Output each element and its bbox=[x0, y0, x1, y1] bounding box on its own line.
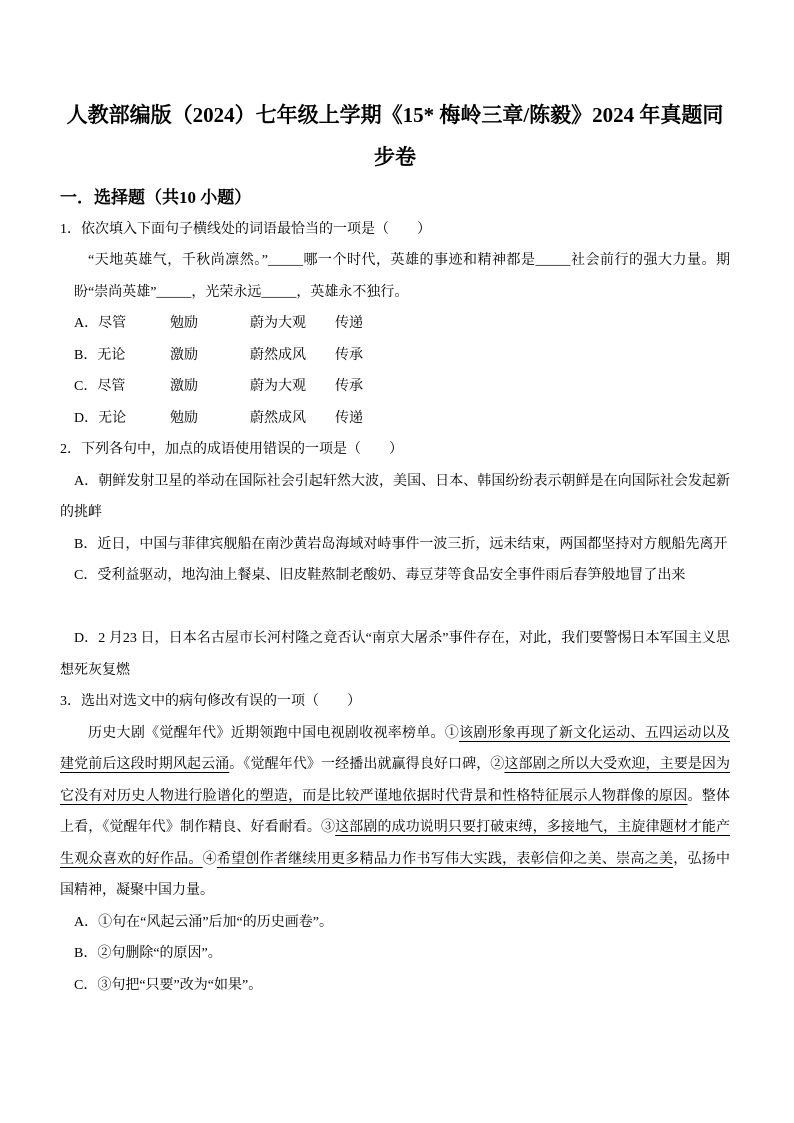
question-stem: 2．下列各句中，加点的成语使用错误的一项是（ ） bbox=[60, 434, 730, 466]
choice-cell: B．无论 bbox=[74, 340, 170, 372]
choice-cell: 蔚然成风 bbox=[250, 403, 335, 435]
option-paragraph: A．①句在“风起云涌”后加“的历史画卷”。 bbox=[60, 907, 730, 939]
choice-cell: 勉励 bbox=[170, 308, 250, 340]
option-paragraph: C．受利益驱动，地沟油上餐桌、旧皮鞋熬制老酸奶、毒豆芽等食品安全事件雨后春笋般地… bbox=[60, 560, 730, 592]
choice-cell: 蔚为大观 bbox=[250, 371, 335, 403]
option-paragraph: B．②句删除“的原因”。 bbox=[60, 938, 730, 970]
choice-cell: D．无论 bbox=[74, 403, 170, 435]
section-heading: 一．选择题（共10 小题） bbox=[60, 182, 730, 214]
choice-cell: 传递 bbox=[335, 308, 363, 340]
choice-cell: 传承 bbox=[335, 340, 363, 372]
choice-row: D．无论勉励蔚然成风传递 bbox=[60, 403, 730, 435]
option-paragraph: D．2 月23 日，日本名古屋市长河村隆之竟否认“南京大屠杀”事件存在，对此，我… bbox=[60, 623, 730, 686]
text-run: ④ bbox=[203, 852, 217, 867]
question-blocks: 1．依次填入下面句子横线处的词语最恰当的一项是（ ）“天地英雄气，千秋尚凛然。”… bbox=[60, 214, 730, 1002]
question-stem: 3．选出对选文中的病句修改有误的一项（ ） bbox=[60, 686, 730, 718]
choice-cell: 勉励 bbox=[170, 403, 250, 435]
choice-cell: 激励 bbox=[170, 371, 250, 403]
underlined-run: 希望创作者继续用更多精品力作书写伟大实践，表彰信仰之美、崇高之美 bbox=[217, 852, 673, 867]
question-body: “天地英雄气，千秋尚凛然。”_____哪一个时代，英雄的事迹和精神都是_____… bbox=[74, 245, 730, 308]
choice-cell: C．尽管 bbox=[74, 371, 170, 403]
choice-cell: 蔚然成风 bbox=[250, 340, 335, 372]
choice-cell: A．尽管 bbox=[74, 308, 170, 340]
document-page: 人教部编版（2024）七年级上学期《15* 梅岭三章/陈毅》2024 年真题同步… bbox=[0, 0, 794, 1123]
option-paragraph: A．朝鲜发射卫星的举动在国际社会引起轩然大波，美国、日本、韩国纷纷表示朝鲜是在向… bbox=[60, 466, 730, 529]
text-run: 。《觉醒年代》一经播出就赢得良好口碑，② bbox=[229, 757, 504, 772]
option-paragraph: C．③句把“只要”改为“如果”。 bbox=[60, 970, 730, 1002]
text-run: 历史大剧《觉醒年代》近期领跑中国电视剧收视率榜单。① bbox=[88, 726, 459, 741]
choice-row: A．尽管勉励蔚为大观传递 bbox=[60, 308, 730, 340]
document-title: 人教部编版（2024）七年级上学期《15* 梅岭三章/陈毅》2024 年真题同步… bbox=[60, 94, 730, 178]
question-stem: 1．依次填入下面句子横线处的词语最恰当的一项是（ ） bbox=[60, 214, 730, 246]
choice-cell: 激励 bbox=[170, 340, 250, 372]
choice-row: B．无论激励蔚然成风传承 bbox=[60, 340, 730, 372]
choice-row: C．尽管激励蔚为大观传承 bbox=[60, 371, 730, 403]
choice-cell: 传递 bbox=[335, 403, 363, 435]
choice-cell: 蔚为大观 bbox=[250, 308, 335, 340]
option-paragraph: B．近日，中国与菲律宾舰船在南沙黄岩岛海域对峙事件一波三折，远未结束，两国都坚持… bbox=[60, 529, 730, 561]
passage-paragraph: 历史大剧《觉醒年代》近期领跑中国电视剧收视率榜单。①该剧形象再现了新文化运动、五… bbox=[60, 718, 730, 907]
blank-line bbox=[60, 592, 730, 624]
choice-cell: 传承 bbox=[335, 371, 363, 403]
